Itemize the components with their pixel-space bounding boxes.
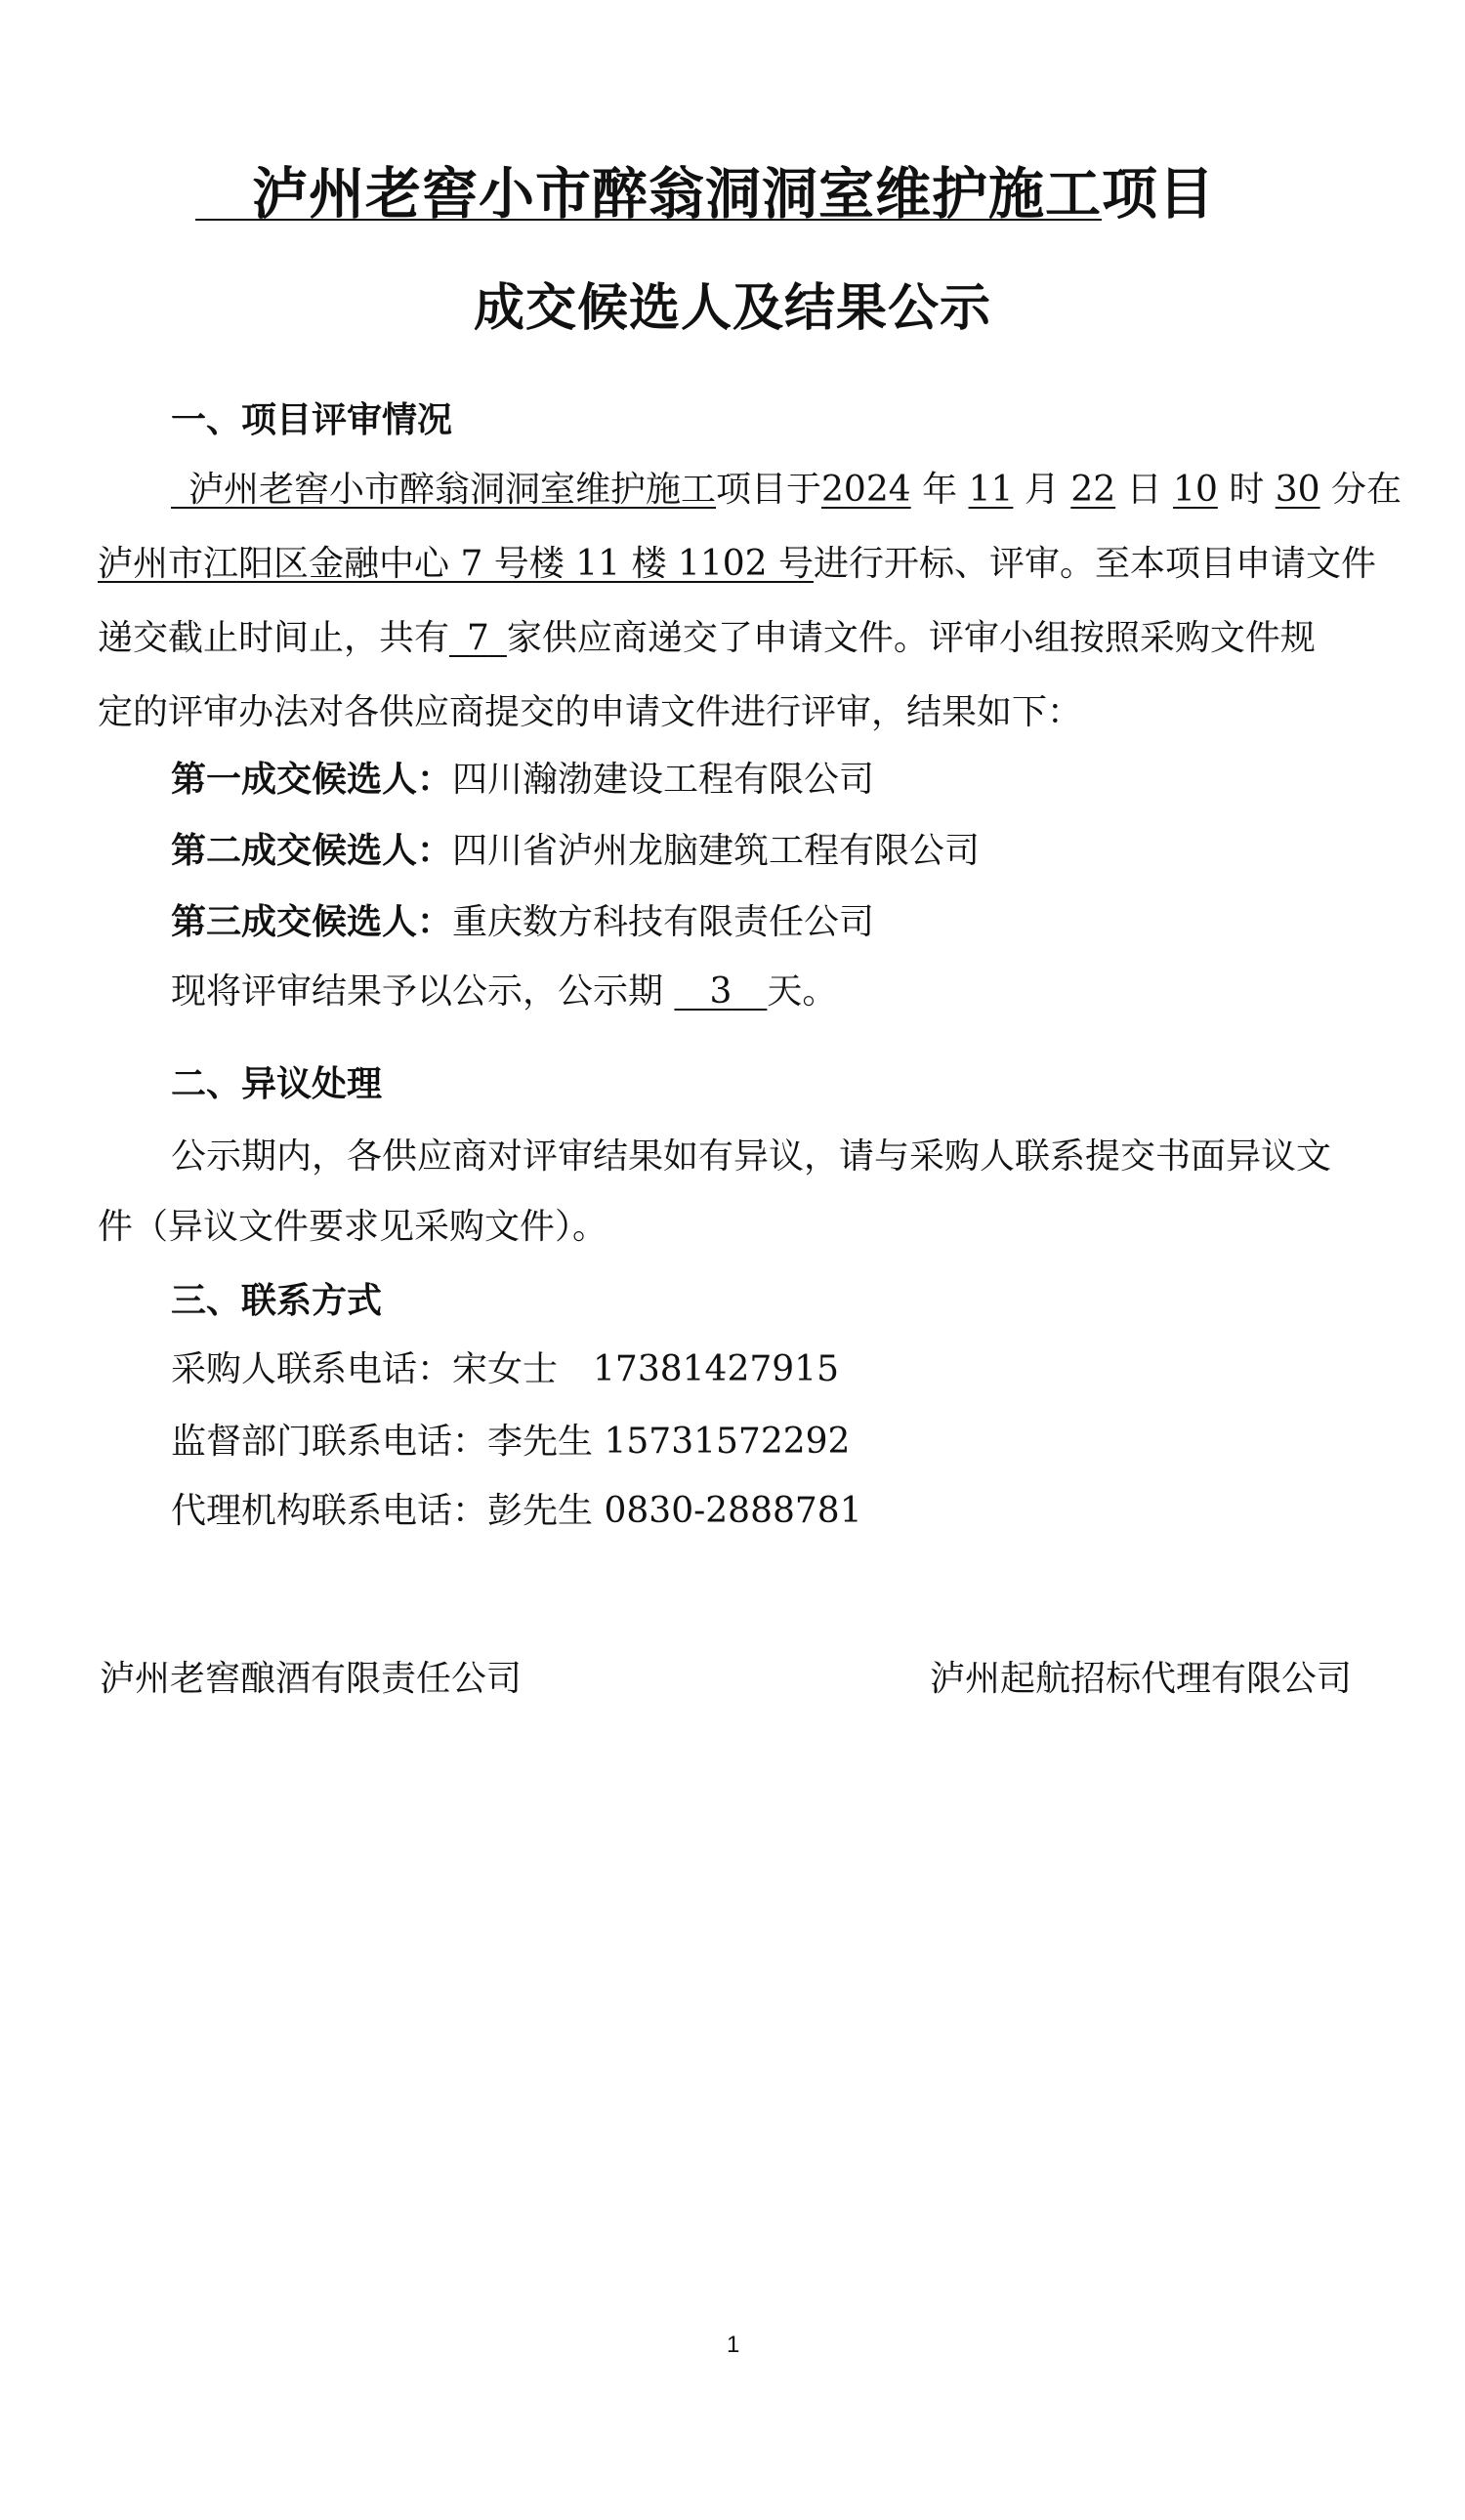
candidate-name: 四川瀚渤建设工程有限公司 <box>452 760 874 800</box>
section1-heading: 一、项目评审情况 <box>171 402 452 437</box>
candidate-name: 重庆数方科技有限责任公司 <box>452 902 874 942</box>
text: 时 <box>1229 470 1264 510</box>
contact-phone: 17381427915 <box>593 1349 839 1389</box>
text: 现将评审结果予以公示，公示期 <box>171 971 663 1012</box>
contact-person: 彭先生 <box>487 1491 593 1531</box>
contact-purchaser: 采购人联系电话：宋女士 17381427915 <box>171 1352 839 1387</box>
text: 分在 <box>1331 470 1402 510</box>
purchaser-signature: 泸州老窖酿酒有限责任公司 <box>100 1662 522 1697</box>
section1-para-line2: 泸州市江阳区金融中心 7 号楼 11 楼 1102 号进行开标、评审。至本项目申… <box>98 547 1376 582</box>
open-month: 11 <box>969 470 1014 510</box>
contact-label: 代理机构联系电话： <box>171 1491 487 1531</box>
section3-heading: 三、联系方式 <box>171 1283 382 1318</box>
section1-para-line1: 泸州老窖小市醉翁洞洞室维护施工项目于2024 年 11 月 22 日 10 时 … <box>171 473 1402 508</box>
candidate-1: 第一成交候选人：四川瀚渤建设工程有限公司 <box>171 762 874 798</box>
candidate-name: 四川省泸州龙脑建筑工程有限公司 <box>452 831 980 871</box>
section1-para-line4: 定的评审办法对各供应商提交的申请文件进行评审，结果如下： <box>98 695 1082 730</box>
candidate-label: 第三成交候选人： <box>171 901 452 942</box>
text: 项目于 <box>716 470 821 510</box>
title-project-name: 泸州老窖小市醉翁洞洞室维护施工 <box>195 161 1102 227</box>
objection-line1: 公示期内，各供应商对评审结果如有异议，请与采购人联系提交书面异议文 <box>171 1139 1331 1175</box>
title-suffix: 项目 <box>1102 161 1215 227</box>
text: 天。 <box>767 971 837 1012</box>
contact-phone: 15731572292 <box>604 1422 850 1462</box>
publicity-period: 现将评审结果予以公示，公示期 3 天。 <box>171 974 837 1010</box>
document-title: 泸州老窖小市醉翁洞洞室维护施工项目 <box>195 166 1215 222</box>
contact-supervisor: 监督部门联系电话：李先生 15731572292 <box>171 1425 850 1460</box>
contact-person: 宋女士 <box>452 1349 558 1389</box>
text: 日 <box>1127 470 1162 510</box>
open-hour: 10 <box>1173 470 1218 510</box>
text: 年 <box>922 470 957 510</box>
text: 家供应商递交了申请文件。评审小组按照采购文件规 <box>507 618 1316 658</box>
open-day: 22 <box>1070 470 1115 510</box>
supplier-count: 7 <box>449 618 507 658</box>
page-number: 1 <box>727 2334 739 2357</box>
open-location: 泸州市江阳区金融中心 7 号楼 11 楼 1102 号 <box>98 544 814 584</box>
candidate-3: 第三成交候选人：重庆数方科技有限责任公司 <box>171 904 874 940</box>
contact-label: 监督部门联系电话： <box>171 1422 487 1462</box>
project-name: 泸州老窖小市醉翁洞洞室维护施工 <box>171 470 716 510</box>
contact-phone: 0830-2888781 <box>604 1491 861 1531</box>
contact-person: 李先生 <box>487 1422 593 1462</box>
text: 进行开标、评审。至本项目申请文件 <box>814 544 1376 584</box>
text: 递交截止时间止，共有 <box>98 618 449 658</box>
contact-agency: 代理机构联系电话：彭先生 0830-2888781 <box>171 1494 862 1529</box>
open-year: 2024 <box>821 470 911 510</box>
section2-heading: 二、异议处理 <box>171 1066 382 1101</box>
candidate-label: 第二成交候选人： <box>171 830 452 871</box>
agency-signature: 泸州起航招标代理有限公司 <box>930 1662 1352 1697</box>
candidate-2: 第二成交候选人：四川省泸州龙脑建筑工程有限公司 <box>171 833 980 869</box>
candidate-label: 第一成交候选人： <box>171 759 452 800</box>
section1-para-line3: 递交截止时间止，共有 7 家供应商递交了申请文件。评审小组按照采购文件规 <box>98 621 1316 656</box>
open-minute: 30 <box>1276 470 1320 510</box>
document-subtitle: 成交候选人及结果公示 <box>457 283 1008 334</box>
text: 月 <box>1025 470 1060 510</box>
objection-line2: 件（异议文件要求见采购文件）。 <box>98 1210 607 1245</box>
contact-label: 采购人联系电话： <box>171 1349 452 1389</box>
publicity-days: 3 <box>674 971 767 1012</box>
